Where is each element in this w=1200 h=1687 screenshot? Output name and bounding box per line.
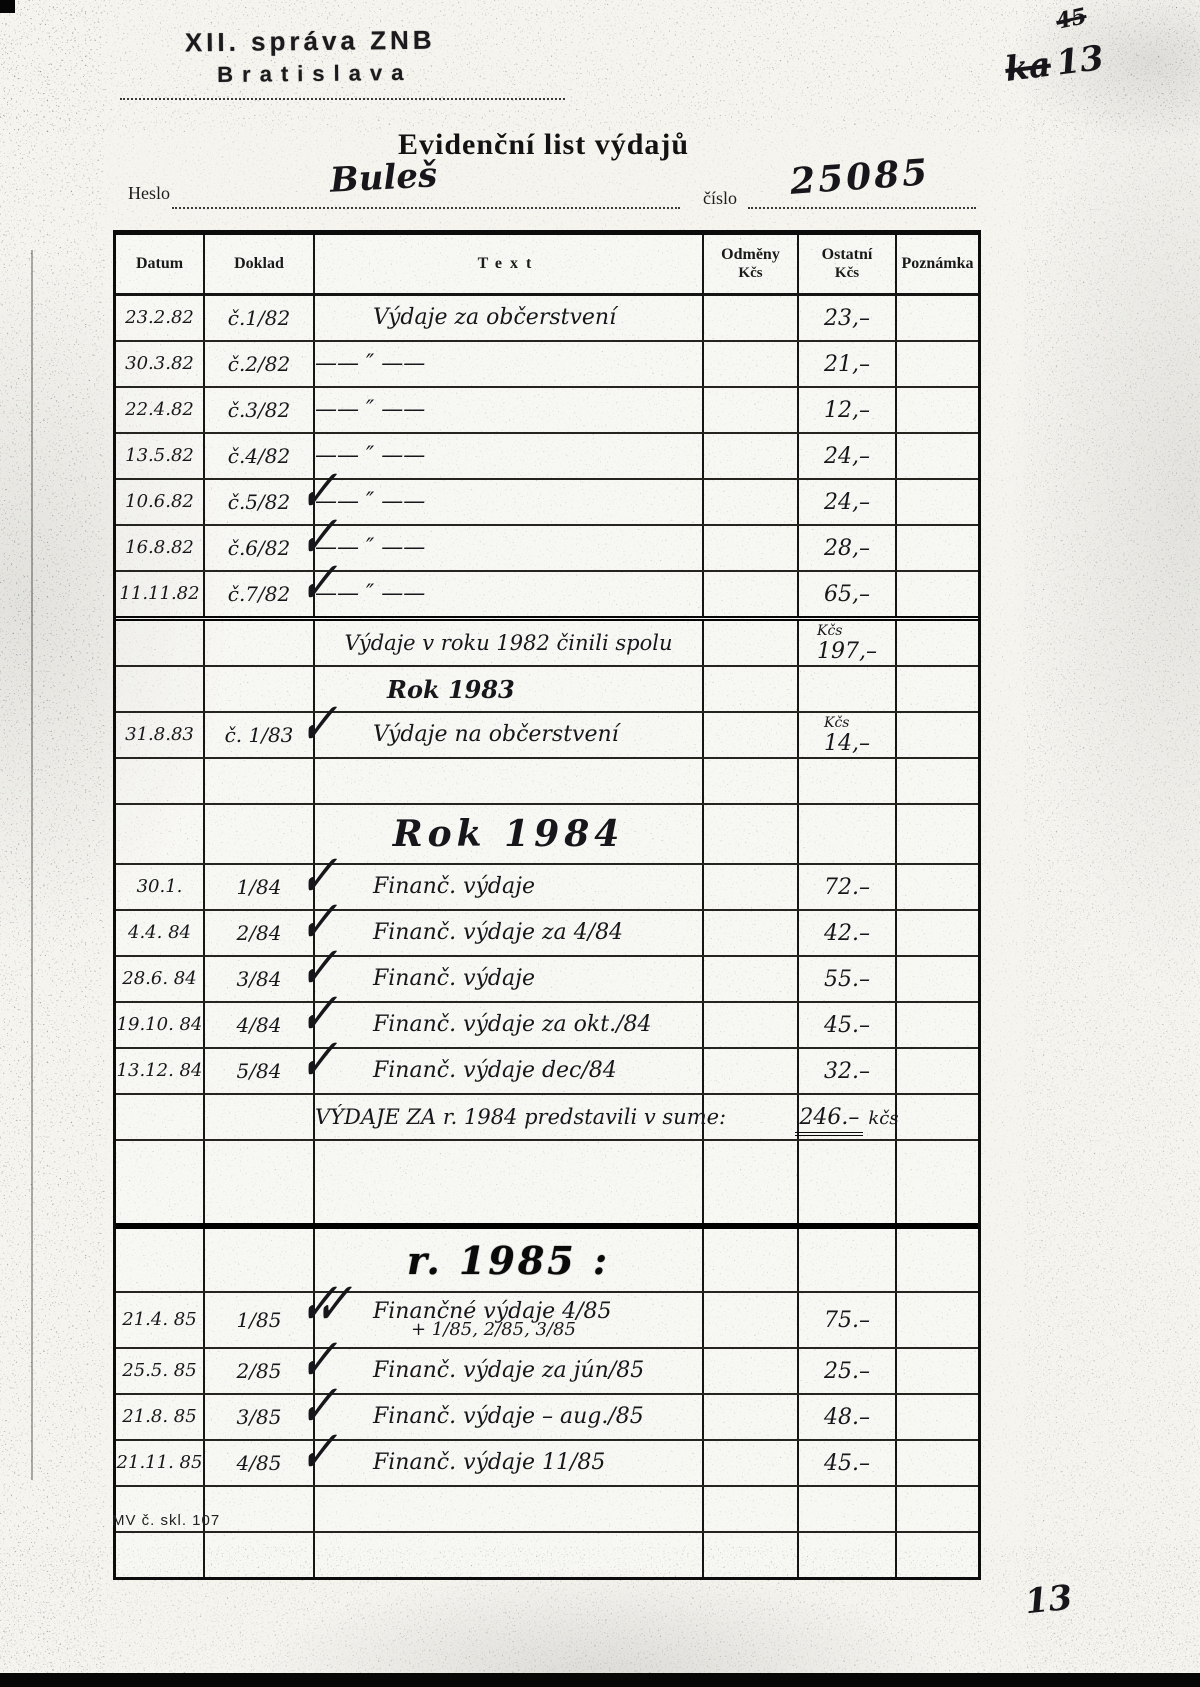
cell-col-4 xyxy=(799,667,897,711)
table-row: Rok 1984 xyxy=(116,805,978,865)
cell-col-0: 23.2.82 xyxy=(116,296,205,340)
table-row: 22.4.82č.3/82—— ″ ——12,– xyxy=(116,388,978,434)
entry-text-line: Finanč. výdaje za jún/85 xyxy=(315,1359,644,1383)
amount-value: 28,– xyxy=(824,536,870,561)
amount-value: 12,– xyxy=(824,398,870,423)
column-header-label: Text xyxy=(478,255,540,273)
year-heading: Rok 1984 xyxy=(315,813,702,855)
scan-fold-line xyxy=(31,250,33,1480)
cell-col-3 xyxy=(704,865,799,909)
cell-col-3 xyxy=(704,1229,799,1291)
entry-text-line: Finanč. výdaje 11/85 xyxy=(315,1451,605,1475)
column-header-label: Ostatní xyxy=(822,246,873,264)
scan-bottom-band xyxy=(0,1673,1200,1687)
table-header-row: DatumDokladTextOdměnyKčsOstatníKčsPoznám… xyxy=(116,235,978,296)
amount-value: 23,– xyxy=(824,306,870,331)
amount-value: 24,– xyxy=(824,444,870,469)
expense-table: DatumDokladTextOdměnyKčsOstatníKčsPoznám… xyxy=(113,230,981,1580)
cell-col-3 xyxy=(704,805,799,863)
cell-col-0 xyxy=(116,1229,205,1291)
cell-col-4: 25.– xyxy=(799,1349,897,1393)
cell-col-0 xyxy=(116,1141,205,1223)
cell-col-5 xyxy=(897,1229,978,1291)
amount-number: 21,– xyxy=(824,352,870,377)
table-row: 28.6. 843/84✓Finanč. výdaje55.– xyxy=(116,957,978,1003)
cell-col-3 xyxy=(704,1441,799,1485)
cell-col-0 xyxy=(116,805,205,863)
cell-col-4: 55.– xyxy=(799,957,897,1001)
amount-value: 75.– xyxy=(824,1308,870,1333)
doklad-value: 2/84 xyxy=(237,921,282,945)
cell-col-4: 72.– xyxy=(799,865,897,909)
table-row: 16.8.82č.6/82✓—— ″ ——28,– xyxy=(116,526,978,572)
cell-col-2: —— ″ —— xyxy=(315,342,704,386)
document-title: Evidenční list výdajů xyxy=(398,128,689,162)
cell-col-5 xyxy=(897,1049,978,1093)
doklad-value: č. 1/83 xyxy=(225,723,294,747)
cell-col-1 xyxy=(205,667,315,711)
cell-col-5 xyxy=(897,1003,978,1047)
cell-col-3 xyxy=(704,1487,799,1531)
cell-col-0 xyxy=(116,621,205,665)
handwritten-note-45: 45 xyxy=(1054,3,1089,35)
amount-value: 25.– xyxy=(824,1359,870,1384)
column-header-sublabel: Kčs xyxy=(835,265,859,282)
cell-col-2: ✓Finanč. výdaje za 4/84 xyxy=(315,911,704,955)
cell-col-3 xyxy=(704,1049,799,1093)
cell-col-0 xyxy=(116,1095,205,1139)
cell-col-5 xyxy=(897,342,978,386)
cell-col-4: 21,– xyxy=(799,342,897,386)
amount-number: 24,– xyxy=(824,490,870,515)
datum-value: 13.5.82 xyxy=(125,447,194,466)
cell-col-2 xyxy=(315,759,704,803)
cell-col-1 xyxy=(205,1095,315,1139)
amount-number: 28,– xyxy=(824,536,870,561)
entry-text: —— ″ —— xyxy=(315,398,425,422)
table-row: 19.10. 844/84✓Finanč. výdaje za okt./844… xyxy=(116,1003,978,1049)
cell-col-3 xyxy=(704,1003,799,1047)
cell-col-5 xyxy=(897,667,978,711)
cell-col-4 xyxy=(799,1533,897,1577)
cell-col-0: 22.4.82 xyxy=(116,388,205,432)
amount-number: 14,– xyxy=(824,731,870,756)
cell-col-0 xyxy=(116,1533,205,1577)
cell-col-0: 21.11. 85 xyxy=(116,1441,205,1485)
cell-col-2: Výdaje za občerstvení xyxy=(315,296,704,340)
amount-number: 45.– xyxy=(824,1013,870,1038)
entry-text: Finanč. výdaje za jún/85 xyxy=(315,1359,644,1383)
heslo-label: Heslo xyxy=(128,183,170,204)
crossed-out-text: ka xyxy=(1003,45,1053,90)
cell-col-3 xyxy=(704,667,799,711)
cell-col-4: 12,– xyxy=(799,388,897,432)
cell-col-0 xyxy=(116,667,205,711)
cell-col-3 xyxy=(704,1395,799,1439)
cell-col-5 xyxy=(897,296,978,340)
entry-text-line: Výdaje na občerstvení xyxy=(315,723,619,747)
cell-col-0: 11.11.82 xyxy=(116,572,205,616)
cell-col-3 xyxy=(704,434,799,478)
cell-col-2: ✓Finanč. výdaje xyxy=(315,957,704,1001)
amount-value: 42.– xyxy=(824,921,870,946)
cell-col-0: 28.6. 84 xyxy=(116,957,205,1001)
entry-text: Finanč. výdaje za 4/84 xyxy=(315,921,623,945)
table-row: VÝDAJE ZA r. 1984 predstavili v sume:246… xyxy=(116,1095,978,1141)
cell-col-5 xyxy=(897,480,978,524)
table-row: 21.4. 851/85✓✓Finančné výdaje 4/85+ 1/85… xyxy=(116,1293,978,1349)
doklad-value: 5/84 xyxy=(237,1059,282,1083)
table-row: 23.2.82č.1/82Výdaje za občerstvení23,– xyxy=(116,296,978,342)
column-header-0: Datum xyxy=(116,235,205,293)
entry-text: Finančné výdaje 4/85+ 1/85, 2/85, 3/85 xyxy=(315,1300,612,1339)
table-row: r. 1985 : xyxy=(116,1229,978,1293)
summary-text: Výdaje v roku 1982 činili spolu xyxy=(315,631,702,655)
table-row: 25.5. 852/85✓Finanč. výdaje za jún/8525.… xyxy=(116,1349,978,1395)
entry-text-line: —— ″ —— xyxy=(315,352,425,376)
cell-col-4: Kčs197,– xyxy=(799,621,897,665)
cell-col-5 xyxy=(897,759,978,803)
column-header-label: Poznámka xyxy=(902,255,974,273)
cell-col-1 xyxy=(205,805,315,863)
doklad-value: 1/84 xyxy=(237,875,282,899)
table-row: 30.3.82č.2/82—— ″ ——21,– xyxy=(116,342,978,388)
cell-col-0: 19.10. 84 xyxy=(116,1003,205,1047)
datum-value: 30.3.82 xyxy=(125,355,194,374)
datum-value: 23.2.82 xyxy=(125,309,194,328)
cell-col-3 xyxy=(704,1141,799,1223)
cell-col-4: 24,– xyxy=(799,480,897,524)
cell-col-0: 31.8.83 xyxy=(116,713,205,757)
doklad-value: č.3/82 xyxy=(228,398,290,422)
amount-value: 65,– xyxy=(824,582,870,607)
entry-text-line: Finanč. výdaje – aug./85 xyxy=(315,1405,644,1429)
cell-col-1: č.4/82 xyxy=(205,434,315,478)
amount-number: 25.– xyxy=(824,1359,870,1384)
cell-col-1 xyxy=(205,1229,315,1291)
column-header-2: Text xyxy=(315,235,704,293)
entry-text-line: Finanč. výdaje za okt./84 xyxy=(315,1013,651,1037)
table-row: 4.4. 842/84✓Finanč. výdaje za 4/8442.– xyxy=(116,911,978,957)
datum-value: 19.10. 84 xyxy=(117,1016,203,1035)
doklad-value: 4/85 xyxy=(237,1451,282,1475)
doklad-value: č.1/82 xyxy=(228,306,290,330)
stamp-line-2: Bratislava xyxy=(217,60,436,88)
cell-col-0 xyxy=(116,759,205,803)
table-row: 30.1.1/84✓Finanč. výdaje72.– xyxy=(116,865,978,911)
cell-col-2: ✓—— ″ —— xyxy=(315,480,704,524)
cell-col-1 xyxy=(205,1487,315,1531)
cell-col-1: č.2/82 xyxy=(205,342,315,386)
amount-number: 75.– xyxy=(824,1308,870,1333)
cell-col-3 xyxy=(704,621,799,665)
cell-col-5 xyxy=(897,526,978,570)
cell-col-2 xyxy=(315,1533,704,1577)
table-row: Výdaje v roku 1982 činili spoluKčs197,– xyxy=(116,621,978,667)
cell-col-5 xyxy=(897,713,978,757)
amount-number: 197,– xyxy=(817,639,877,664)
cell-col-3 xyxy=(704,911,799,955)
entry-text: Finanč. výdaje – aug./85 xyxy=(315,1405,644,1429)
cell-col-4 xyxy=(799,1487,897,1531)
cell-col-2: ✓Finanč. výdaje za okt./84 xyxy=(315,1003,704,1047)
amount-number: 24,– xyxy=(824,444,870,469)
cell-col-5 xyxy=(897,572,978,616)
cell-col-5 xyxy=(897,1487,978,1531)
datum-value: 13.12. 84 xyxy=(117,1062,203,1081)
cell-col-3 xyxy=(704,759,799,803)
cell-col-5 xyxy=(897,865,978,909)
doklad-value: č.4/82 xyxy=(228,444,290,468)
table-row xyxy=(116,1141,978,1229)
amount-value: 45.– xyxy=(824,1451,870,1476)
cell-col-2: ✓Finanč. výdaje dec/84 xyxy=(315,1049,704,1093)
table-row: 21.11. 854/85✓Finanč. výdaje 11/8545.– xyxy=(116,1441,978,1487)
doklad-value: č.5/82 xyxy=(228,490,290,514)
cell-col-2: ✓Finanč. výdaje – aug./85 xyxy=(315,1395,704,1439)
datum-value: 21.4. 85 xyxy=(122,1311,196,1330)
entry-text-line: Finanč. výdaje za 4/84 xyxy=(315,921,623,945)
entry-text: Výdaje za občerstvení xyxy=(315,306,616,330)
datum-value: 30.1. xyxy=(137,878,183,897)
cell-col-5 xyxy=(897,805,978,863)
cell-col-4: Kčs14,– xyxy=(799,713,897,757)
doklad-value: 3/84 xyxy=(237,967,282,991)
cell-col-4 xyxy=(799,1229,897,1291)
amount-number: 23,– xyxy=(824,306,870,331)
cell-col-3 xyxy=(704,713,799,757)
amount-number: 42.– xyxy=(824,921,870,946)
cell-col-1 xyxy=(205,1533,315,1577)
cell-col-0: 13.5.82 xyxy=(116,434,205,478)
cell-col-2: Rok 1984 xyxy=(315,805,704,863)
datum-value: 11.11.82 xyxy=(119,585,199,604)
column-header-sublabel: Kčs xyxy=(738,265,762,282)
cell-col-4: 24,– xyxy=(799,434,897,478)
cell-col-4 xyxy=(799,1141,897,1223)
cell-col-1: č.3/82 xyxy=(205,388,315,432)
table-row xyxy=(116,1487,978,1533)
amount-currency-prefix: Kčs xyxy=(824,715,867,731)
cell-col-1: č.1/82 xyxy=(205,296,315,340)
amount-number: 12,– xyxy=(824,398,870,423)
cell-col-2: r. 1985 : xyxy=(315,1229,704,1291)
column-header-label: Datum xyxy=(136,255,183,273)
cell-col-5 xyxy=(897,1095,978,1139)
cell-col-2: Rok 1983 xyxy=(315,667,704,711)
cell-col-4: 42.– xyxy=(799,911,897,955)
entry-text-line: —— ″ —— xyxy=(315,398,425,422)
table-row: 10.6.82č.5/82✓—— ″ ——24,– xyxy=(116,480,978,526)
entry-text-line: Výdaje za občerstvení xyxy=(315,306,616,330)
cell-col-4: 246.–kčs xyxy=(799,1095,897,1139)
amount-number: 55.– xyxy=(824,967,870,992)
datum-value: 22.4.82 xyxy=(125,401,194,420)
cell-col-1 xyxy=(205,1141,315,1223)
amount-number: 246.– xyxy=(795,1105,863,1136)
amount-value: 72.– xyxy=(824,875,870,900)
table-row: 21.8. 853/85✓Finanč. výdaje – aug./8548.… xyxy=(116,1395,978,1441)
table-row xyxy=(116,1533,978,1577)
cell-col-3 xyxy=(704,1533,799,1577)
amount-value: 55.– xyxy=(824,967,870,992)
cell-col-4: 32.– xyxy=(799,1049,897,1093)
amount-number: 48.– xyxy=(824,1405,870,1430)
doklad-value: č.2/82 xyxy=(228,352,290,376)
cell-col-4: 48.– xyxy=(799,1395,897,1439)
table-row: 31.8.83č. 1/83✓Výdaje na občerstveníKčs1… xyxy=(116,713,978,759)
cell-col-3 xyxy=(704,1095,799,1139)
doklad-value: 1/85 xyxy=(237,1308,282,1332)
table-row xyxy=(116,759,978,805)
handwritten-note-ka13: ka13 xyxy=(1003,38,1106,90)
cell-col-4 xyxy=(799,759,897,803)
cell-col-5 xyxy=(897,1441,978,1485)
cell-col-2 xyxy=(315,1141,704,1223)
amount-number: 32.– xyxy=(824,1059,870,1084)
column-header-1: Doklad xyxy=(205,235,315,293)
cell-col-4: 45.– xyxy=(799,1003,897,1047)
amount-currency-prefix: Kčs xyxy=(817,623,874,639)
cell-col-5 xyxy=(897,1141,978,1223)
page-number-bottom: 13 xyxy=(1023,1578,1074,1623)
amount-number: 65,– xyxy=(824,582,870,607)
column-header-4: OstatníKčs xyxy=(799,235,897,293)
cell-col-0: 21.4. 85 xyxy=(116,1293,205,1347)
amount-value: 246.–kčs xyxy=(795,1105,898,1130)
cell-col-5 xyxy=(897,1349,978,1393)
datum-value: 21.11. 85 xyxy=(117,1454,203,1473)
cell-col-5 xyxy=(897,434,978,478)
cell-col-2: ✓Výdaje na občerstvení xyxy=(315,713,704,757)
cell-col-0: 25.5. 85 xyxy=(116,1349,205,1393)
cell-col-5 xyxy=(897,621,978,665)
entry-text-line: Finanč. výdaje dec/84 xyxy=(315,1059,617,1083)
entry-text: —— ″ —— xyxy=(315,352,425,376)
entry-text: Finanč. výdaje dec/84 xyxy=(315,1059,617,1083)
datum-value: 28.6. 84 xyxy=(122,970,196,989)
cell-col-0: 10.6.82 xyxy=(116,480,205,524)
cell-col-5 xyxy=(897,911,978,955)
cell-col-4: 23,– xyxy=(799,296,897,340)
cell-col-3 xyxy=(704,572,799,616)
column-header-label: Doklad xyxy=(234,255,284,273)
cell-col-4: 45.– xyxy=(799,1441,897,1485)
stamp-dotted-line xyxy=(120,98,565,100)
column-header-5: Poznámka xyxy=(897,235,978,293)
cell-col-5 xyxy=(897,957,978,1001)
table-row: 13.12. 845/84✓Finanč. výdaje dec/8432.– xyxy=(116,1049,978,1095)
doklad-value: č.7/82 xyxy=(228,582,290,606)
column-header-3: OdměnyKčs xyxy=(704,235,799,293)
entry-text: Finanč. výdaje za okt./84 xyxy=(315,1013,651,1037)
cell-col-3 xyxy=(704,342,799,386)
entry-text: Finanč. výdaje 11/85 xyxy=(315,1451,605,1475)
amount-value: 45.– xyxy=(824,1013,870,1038)
heslo-value: Buleš xyxy=(329,155,438,201)
cell-col-3 xyxy=(704,388,799,432)
amount-number: 45.– xyxy=(824,1451,870,1476)
cell-col-0: 4.4. 84 xyxy=(116,911,205,955)
cell-col-5 xyxy=(897,1533,978,1577)
column-header-label: Odměny xyxy=(721,246,780,264)
datum-value: 25.5. 85 xyxy=(122,1362,196,1381)
cell-col-2: ✓Finanč. výdaje 11/85 xyxy=(315,1441,704,1485)
cell-col-4: 28,– xyxy=(799,526,897,570)
cell-col-0: 30.3.82 xyxy=(116,342,205,386)
cell-col-2: —— ″ —— xyxy=(315,434,704,478)
entry-text: Výdaje na občerstvení xyxy=(315,723,619,747)
cell-col-2: ✓—— ″ —— xyxy=(315,526,704,570)
amount-value: 21,– xyxy=(824,352,870,377)
cell-col-2: VÝDAJE ZA r. 1984 predstavili v sume: xyxy=(315,1095,704,1139)
cell-col-4 xyxy=(799,805,897,863)
cell-col-4: 65,– xyxy=(799,572,897,616)
scan-corner-mark xyxy=(0,0,15,13)
datum-value: 4.4. 84 xyxy=(128,924,191,943)
cell-col-5 xyxy=(897,388,978,432)
cell-col-0: 21.8. 85 xyxy=(116,1395,205,1439)
amount-value: 32.– xyxy=(824,1059,870,1084)
datum-value: 16.8.82 xyxy=(125,539,194,558)
table-row: Rok 1983 xyxy=(116,667,978,713)
summary-text: VÝDAJE ZA r. 1984 predstavili v sume: xyxy=(315,1105,702,1129)
cell-col-3 xyxy=(704,1293,799,1347)
amount-number: 72.– xyxy=(824,875,870,900)
amount-currency-suffix: kčs xyxy=(868,1108,898,1129)
doklad-value: č.6/82 xyxy=(228,536,290,560)
cell-col-2: ✓Finanč. výdaje za jún/85 xyxy=(315,1349,704,1393)
amount-value: 24,– xyxy=(824,490,870,515)
cell-col-3 xyxy=(704,957,799,1001)
cell-col-2 xyxy=(315,1487,704,1531)
doklad-value: 3/85 xyxy=(237,1405,282,1429)
form-number-footer: MV č. skl. 107 xyxy=(112,1512,220,1529)
cell-col-2: —— ″ —— xyxy=(315,388,704,432)
year-heading: Rok 1983 xyxy=(315,675,702,704)
datum-value: 10.6.82 xyxy=(125,493,194,512)
cell-col-2: Výdaje v roku 1982 činili spolu xyxy=(315,621,704,665)
cell-col-2: ✓—— ″ —— xyxy=(315,572,704,616)
cell-col-5 xyxy=(897,1395,978,1439)
cell-col-0: 13.12. 84 xyxy=(116,1049,205,1093)
cell-col-0: 16.8.82 xyxy=(116,526,205,570)
cell-col-0: 30.1. xyxy=(116,865,205,909)
cell-col-4: 75.– xyxy=(799,1293,897,1347)
cell-col-1 xyxy=(205,621,315,665)
cell-col-2: ✓Finanč. výdaje xyxy=(315,865,704,909)
table-row: 11.11.82č.7/82✓—— ″ ——65,– xyxy=(116,572,978,621)
datum-value: 21.8. 85 xyxy=(122,1408,196,1427)
table-row: 13.5.82č.4/82—— ″ ——24,– xyxy=(116,434,978,480)
doklad-value: 4/84 xyxy=(237,1013,282,1037)
scanned-page: XII. správa ZNB Bratislava 45 ka13 13 Ev… xyxy=(0,0,1200,1687)
cell-col-3 xyxy=(704,526,799,570)
year-heading: r. 1985 : xyxy=(315,1238,702,1283)
cell-col-3 xyxy=(704,1349,799,1393)
amount-value: Kčs197,– xyxy=(817,623,877,664)
amount-value: Kčs14,– xyxy=(824,715,870,756)
page-number-side: 13 xyxy=(1054,38,1106,83)
datum-value: 31.8.83 xyxy=(125,726,194,745)
cell-col-3 xyxy=(704,296,799,340)
doklad-value: 2/85 xyxy=(237,1359,282,1383)
stamp-line-1: XII. správa ZNB xyxy=(185,25,436,59)
office-stamp: XII. správa ZNB Bratislava xyxy=(185,25,436,89)
amount-value: 48.– xyxy=(824,1405,870,1430)
cell-col-2: ✓✓Finančné výdaje 4/85+ 1/85, 2/85, 3/85 xyxy=(315,1293,704,1347)
cell-col-1 xyxy=(205,759,315,803)
